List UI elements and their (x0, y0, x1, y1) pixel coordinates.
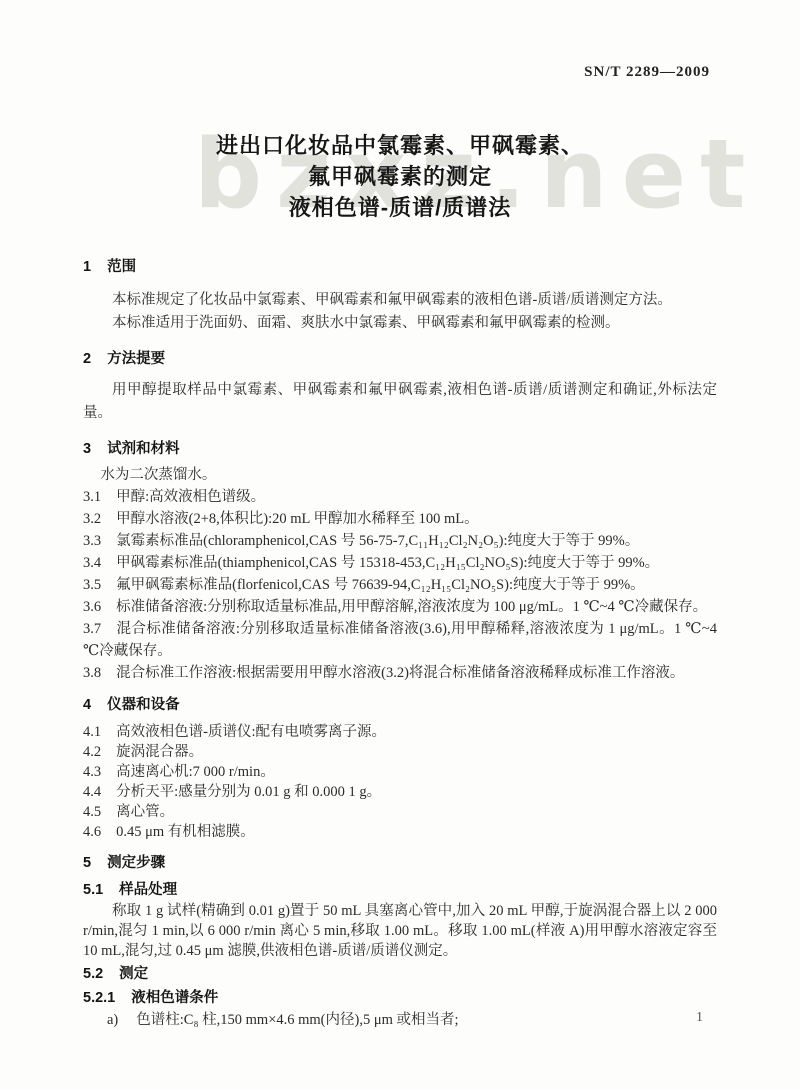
section-number: 5.2 (83, 963, 103, 985)
clause-text: 氯霉素标准品(chloramphenicol,CAS 号 56-75-7,C₁₁… (116, 533, 639, 549)
section-number: 5 (83, 852, 91, 874)
section-2-paragraph-1: 用甲醇提取样品中氯霉素、甲砜霉素和氟甲砜霉素,液相色谱-质谱/质谱测定和确证,外… (83, 379, 717, 425)
section-title: 试剂和材料 (107, 441, 180, 457)
page-number: 1 (696, 1010, 703, 1026)
section-number: 1 (83, 256, 91, 278)
clause-number: 3.3 (83, 533, 101, 549)
section-number: 5.2.1 (83, 987, 115, 1009)
section-title: 方法提要 (107, 351, 165, 367)
clause-number: 3.2 (83, 511, 101, 527)
list-item-text: 色谱柱:C₈ 柱,150 mm×4.6 mm(内径),5 μm 或相当者; (136, 1012, 458, 1028)
clause-number: 4.2 (83, 744, 101, 760)
clause-number: 3.4 (83, 555, 101, 571)
clause-number: 3.8 (83, 665, 101, 681)
clause-number: 3.5 (83, 577, 101, 593)
clause-text: 离心管。 (116, 804, 174, 820)
standard-code: SN/T 2289—2009 (0, 0, 800, 81)
clause-item: 3.4甲砜霉素标准品(thiamphenicol,CAS 号 15318-453… (83, 552, 717, 574)
clause-item: 3.7混合标准储备溶液:分别移取适量标准储备溶液(3.6),用甲醇稀释,溶液浓度… (83, 618, 717, 662)
document-title-line-2: 氟甲砜霉素的测定 (0, 161, 800, 192)
list-item-a: a)色谱柱:C₈ 柱,150 mm×4.6 mm(内径),5 μm 或相当者; (83, 1009, 717, 1031)
section-1-paragraph-2: 本标准适用于洗面奶、面霜、爽肤水中氯霉素、甲砜霉素和氟甲砜霉素的检测。 (83, 312, 717, 335)
section-3-clause-list: 3.1甲醇:高效液相色谱级。 3.2甲醇水溶液(2+8,体积比):20 mL 甲… (83, 486, 717, 684)
section-title: 液相色谱条件 (131, 990, 218, 1006)
clause-number: 4.3 (83, 764, 101, 780)
section-2-heading: 2方法提要 (83, 348, 717, 370)
clause-text: 高速离心机:7 000 r/min。 (116, 764, 275, 780)
clause-number: 4.6 (83, 824, 101, 840)
list-item-label: a) (107, 1012, 118, 1028)
clause-number: 3.7 (83, 621, 101, 637)
clause-item: 3.8混合标准工作溶液:根据需要用甲醇水溶液(3.2)将混合标准储备溶液稀释成标… (83, 662, 717, 684)
section-number: 2 (83, 348, 91, 370)
clause-item: 4.3高速离心机:7 000 r/min。 (83, 762, 717, 782)
clause-text: 标准储备溶液:分别称取适量标准品,用甲醇溶解,溶液浓度为 100 μg/mL。1… (116, 599, 707, 615)
clause-number: 3.1 (83, 489, 101, 505)
clause-item: 4.1高效液相色谱-质谱仪:配有电喷雾离子源。 (83, 722, 717, 742)
clause-number: 4.5 (83, 804, 101, 820)
section-title: 范围 (107, 259, 136, 275)
clause-number: 4.4 (83, 784, 101, 800)
clause-text: 混合标准储备溶液:分别移取适量标准储备溶液(3.6),用甲醇稀释,溶液浓度为 1… (83, 621, 717, 659)
clause-item: 4.5离心管。 (83, 802, 717, 822)
section-title: 测定步骤 (107, 855, 165, 871)
clause-item: 4.60.45 μm 有机相滤膜。 (83, 822, 717, 842)
section-5-heading: 5测定步骤 (83, 852, 717, 874)
section-title: 仪器和设备 (107, 697, 180, 713)
clause-text: 甲醇水溶液(2+8,体积比):20 mL 甲醇加水稀释至 100 mL。 (116, 511, 478, 527)
section-5-1-heading: 5.1样品处理 (83, 879, 717, 901)
clause-text: 分析天平:感量分别为 0.01 g 和 0.000 1 g。 (116, 784, 381, 800)
clause-text: 氟甲砜霉素标准品(florfenicol,CAS 号 76639-94,C₁₂H… (116, 577, 645, 593)
clause-text: 0.45 μm 有机相滤膜。 (116, 824, 255, 840)
document-body: 1范围 本标准规定了化妆品中氯霉素、甲砜霉素和氟甲砜霉素的液相色谱-质谱/质谱测… (83, 256, 717, 1031)
section-title: 样品处理 (119, 882, 177, 898)
clause-item: 3.1甲醇:高效液相色谱级。 (83, 486, 717, 508)
clause-number: 3.6 (83, 599, 101, 615)
section-title: 测定 (119, 966, 148, 982)
document-title-line-1: 进出口化妆品中氯霉素、甲砜霉素、 (0, 130, 800, 161)
section-5-1-paragraph: 称取 1 g 试样(精确到 0.01 g)置于 50 mL 具塞离心管中,加入 … (83, 901, 717, 961)
document-title: 进出口化妆品中氯霉素、甲砜霉素、 氟甲砜霉素的测定 液相色谱-质谱/质谱法 (0, 130, 800, 223)
clause-item: 3.6标准储备溶液:分别称取适量标准品,用甲醇溶解,溶液浓度为 100 μg/m… (83, 596, 717, 618)
section-3-heading: 3试剂和材料 (83, 438, 717, 460)
clause-text: 高效液相色谱-质谱仪:配有电喷雾离子源。 (116, 724, 386, 740)
clause-item: 4.2旋涡混合器。 (83, 742, 717, 762)
section-number: 3 (83, 438, 91, 460)
section-4-heading: 4仪器和设备 (83, 694, 717, 716)
clause-item: 3.2甲醇水溶液(2+8,体积比):20 mL 甲醇加水稀释至 100 mL。 (83, 508, 717, 530)
section-5-2-1-heading: 5.2.1液相色谱条件 (83, 987, 717, 1009)
clause-text: 甲醇:高效液相色谱级。 (116, 489, 265, 505)
section-5-2-heading: 5.2测定 (83, 963, 717, 985)
section-1-heading: 1范围 (83, 256, 717, 278)
clause-item: 4.4分析天平:感量分别为 0.01 g 和 0.000 1 g。 (83, 782, 717, 802)
clause-item: 3.5氟甲砜霉素标准品(florfenicol,CAS 号 76639-94,C… (83, 574, 717, 596)
section-number: 5.1 (83, 879, 103, 901)
clause-item: 3.3氯霉素标准品(chloramphenicol,CAS 号 56-75-7,… (83, 530, 717, 552)
section-1-paragraph-1: 本标准规定了化妆品中氯霉素、甲砜霉素和氟甲砜霉素的液相色谱-质谱/质谱测定方法。 (83, 289, 717, 312)
section-3-intro: 水为二次蒸馏水。 (83, 464, 717, 486)
clause-text: 混合标准工作溶液:根据需要用甲醇水溶液(3.2)将混合标准储备溶液稀释成标准工作… (116, 665, 684, 681)
section-4-clause-list: 4.1高效液相色谱-质谱仪:配有电喷雾离子源。 4.2旋涡混合器。 4.3高速离… (83, 722, 717, 842)
document-title-line-3: 液相色谱-质谱/质谱法 (0, 192, 800, 223)
clause-text: 甲砜霉素标准品(thiamphenicol,CAS 号 15318-453,C₁… (116, 555, 659, 571)
clause-text: 旋涡混合器。 (116, 744, 203, 760)
clause-number: 4.1 (83, 724, 101, 740)
section-number: 4 (83, 694, 91, 716)
document-page: SN/T 2289—2009 bzxz.net 进出口化妆品中氯霉素、甲砜霉素、… (0, 0, 800, 1090)
